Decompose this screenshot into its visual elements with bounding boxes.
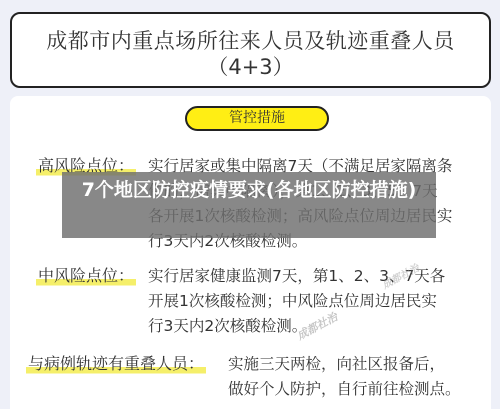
page-subtitle: （4+3） [12,54,489,80]
title-box: 成都市内重点场所往来人员及轨迹重叠人员 （4+3） [10,12,491,88]
text-line: 开展1次核酸检测；中风险点位周边居民实 [148,289,445,314]
medium-risk-label: 中风险点位： [36,264,136,288]
page-title: 成都市内重点场所往来人员及轨迹重叠人员 [12,28,489,54]
caption-text: 7个地区防控疫情要求(各地区防控措施) [62,172,436,204]
overlap-label: 与病例轨迹有重叠人员： [26,352,206,376]
section-badge: 管控措施 [185,106,329,131]
overlap-text: 实施三天两检，向社区报备后， 做好个人防护，自行前往检测点。 [228,352,461,402]
text-line: 做好个人防护，自行前往检测点。 [228,377,461,402]
text-line: 实施三天两检，向社区报备后， [228,352,461,377]
